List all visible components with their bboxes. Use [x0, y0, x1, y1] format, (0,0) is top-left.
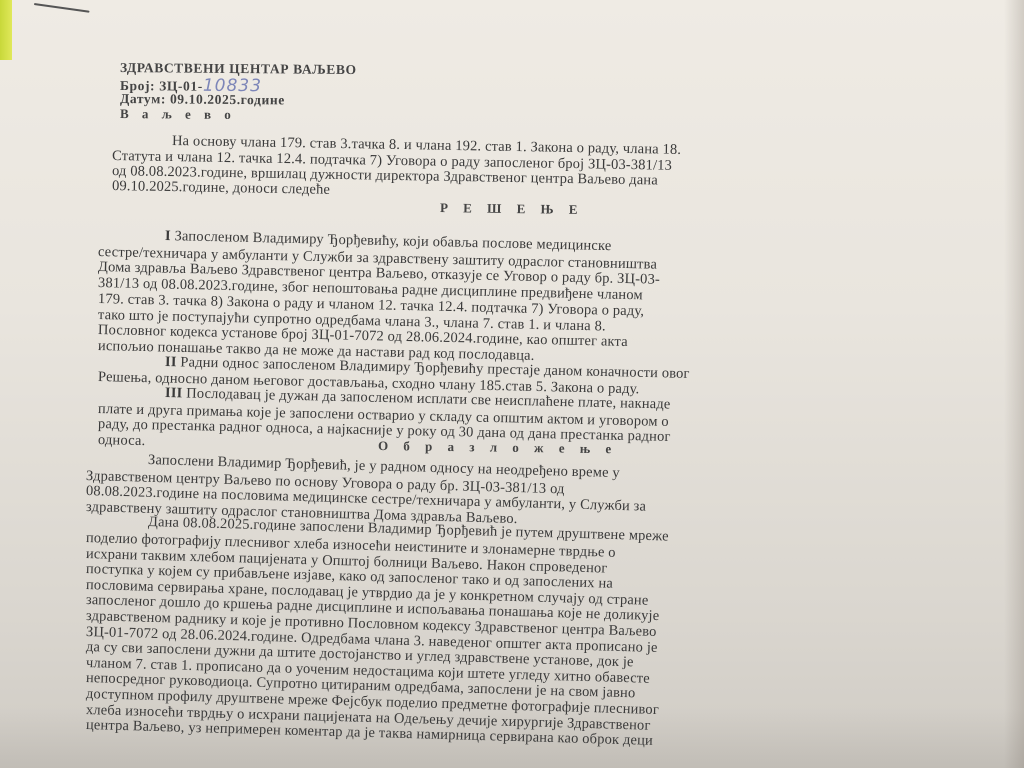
- pen-mark: [34, 3, 90, 13]
- decision-title: Р Е Ш Е Њ Е: [440, 200, 584, 218]
- section-number: II: [165, 354, 181, 370]
- reasoning-title: О б р а з л о ж е њ е: [378, 438, 617, 457]
- document-city: В а љ е в о: [120, 106, 236, 123]
- line-text: 09.10.2025.године, доноси следеће: [112, 178, 330, 198]
- page-edge-shadow: [1004, 0, 1024, 768]
- section-number: I: [165, 228, 175, 244]
- line-text: односа.: [98, 432, 146, 449]
- section-number: III: [165, 385, 187, 401]
- decision-item-III-line: односа.: [98, 432, 146, 450]
- preamble-line: 09.10.2025.године, доноси следеће: [112, 178, 330, 199]
- page-edge-highlight: [0, 0, 12, 60]
